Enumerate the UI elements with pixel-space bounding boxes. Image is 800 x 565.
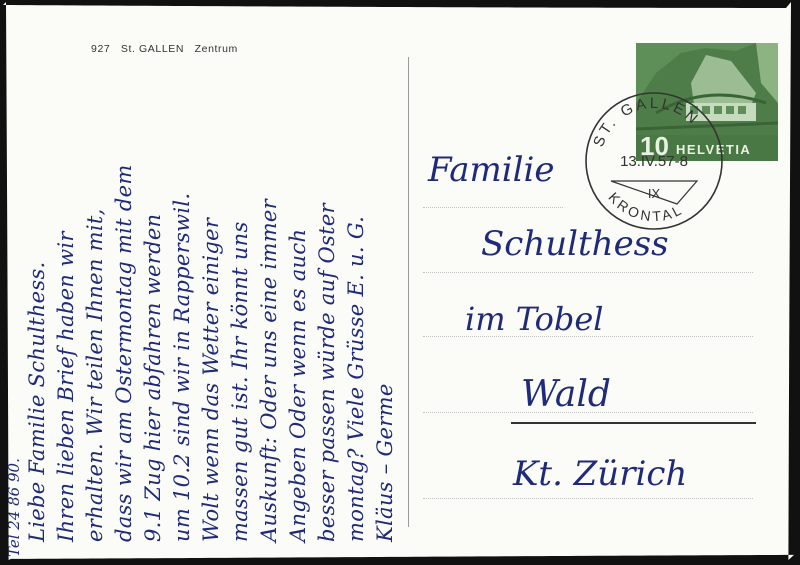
message-line: erhalten. Wir teilen Ihnen mit, [81,42,110,542]
address-rule [423,498,753,499]
message-line: Wolt wenn das Wetter einiger [197,42,226,542]
message-line: 9.1 Zug hier abfahren werden [139,42,168,542]
address-line-3: im Tobel [465,300,604,338]
address-line-1: Familie [428,150,555,190]
message-line: dass wir am Ostermontag mit dem [110,42,139,542]
svg-text:13.IV.57-8: 13.IV.57-8 [620,153,688,170]
message-line: Ihren lieben Brief haben wir [52,42,81,542]
message-line: Angeben Oder wenn es auch [284,42,313,542]
address-underline [511,422,756,424]
message-line: Kläus – Germe [371,42,400,542]
postmark-cancellation: ST. GALLEN 13.IV.57-8 IX KRONTAL [579,86,729,236]
message-side-note: Tel 24 86 90. [5,458,23,557]
message-line: um 10.2 sind wir in Rapperswil. [168,42,197,542]
address-line-4: Wald [521,374,611,415]
address-line-5: Kt. Zürich [513,454,687,494]
message-line: montag? Viele Grüsse E. u. G. [342,42,371,542]
handwritten-message: Liebe Familie Schulthess.Ihren lieben Br… [23,42,400,542]
postcard-back: 927 St. GALLEN Zentrum Liebe Familie Sch… [3,2,794,560]
address-rule [423,207,563,208]
message-line: besser passen würde auf Oster [313,42,342,542]
message-line: massen gut ist. Ihr könnt uns [226,42,255,542]
center-divider [408,57,409,527]
svg-text:IX: IX [648,186,661,201]
svg-text:ST. GALLEN: ST. GALLEN [590,95,703,149]
message-line: Auskunft: Oder uns eine immer [255,42,284,542]
address-rule [423,272,753,273]
message-line: Liebe Familie Schulthess. [23,42,52,542]
